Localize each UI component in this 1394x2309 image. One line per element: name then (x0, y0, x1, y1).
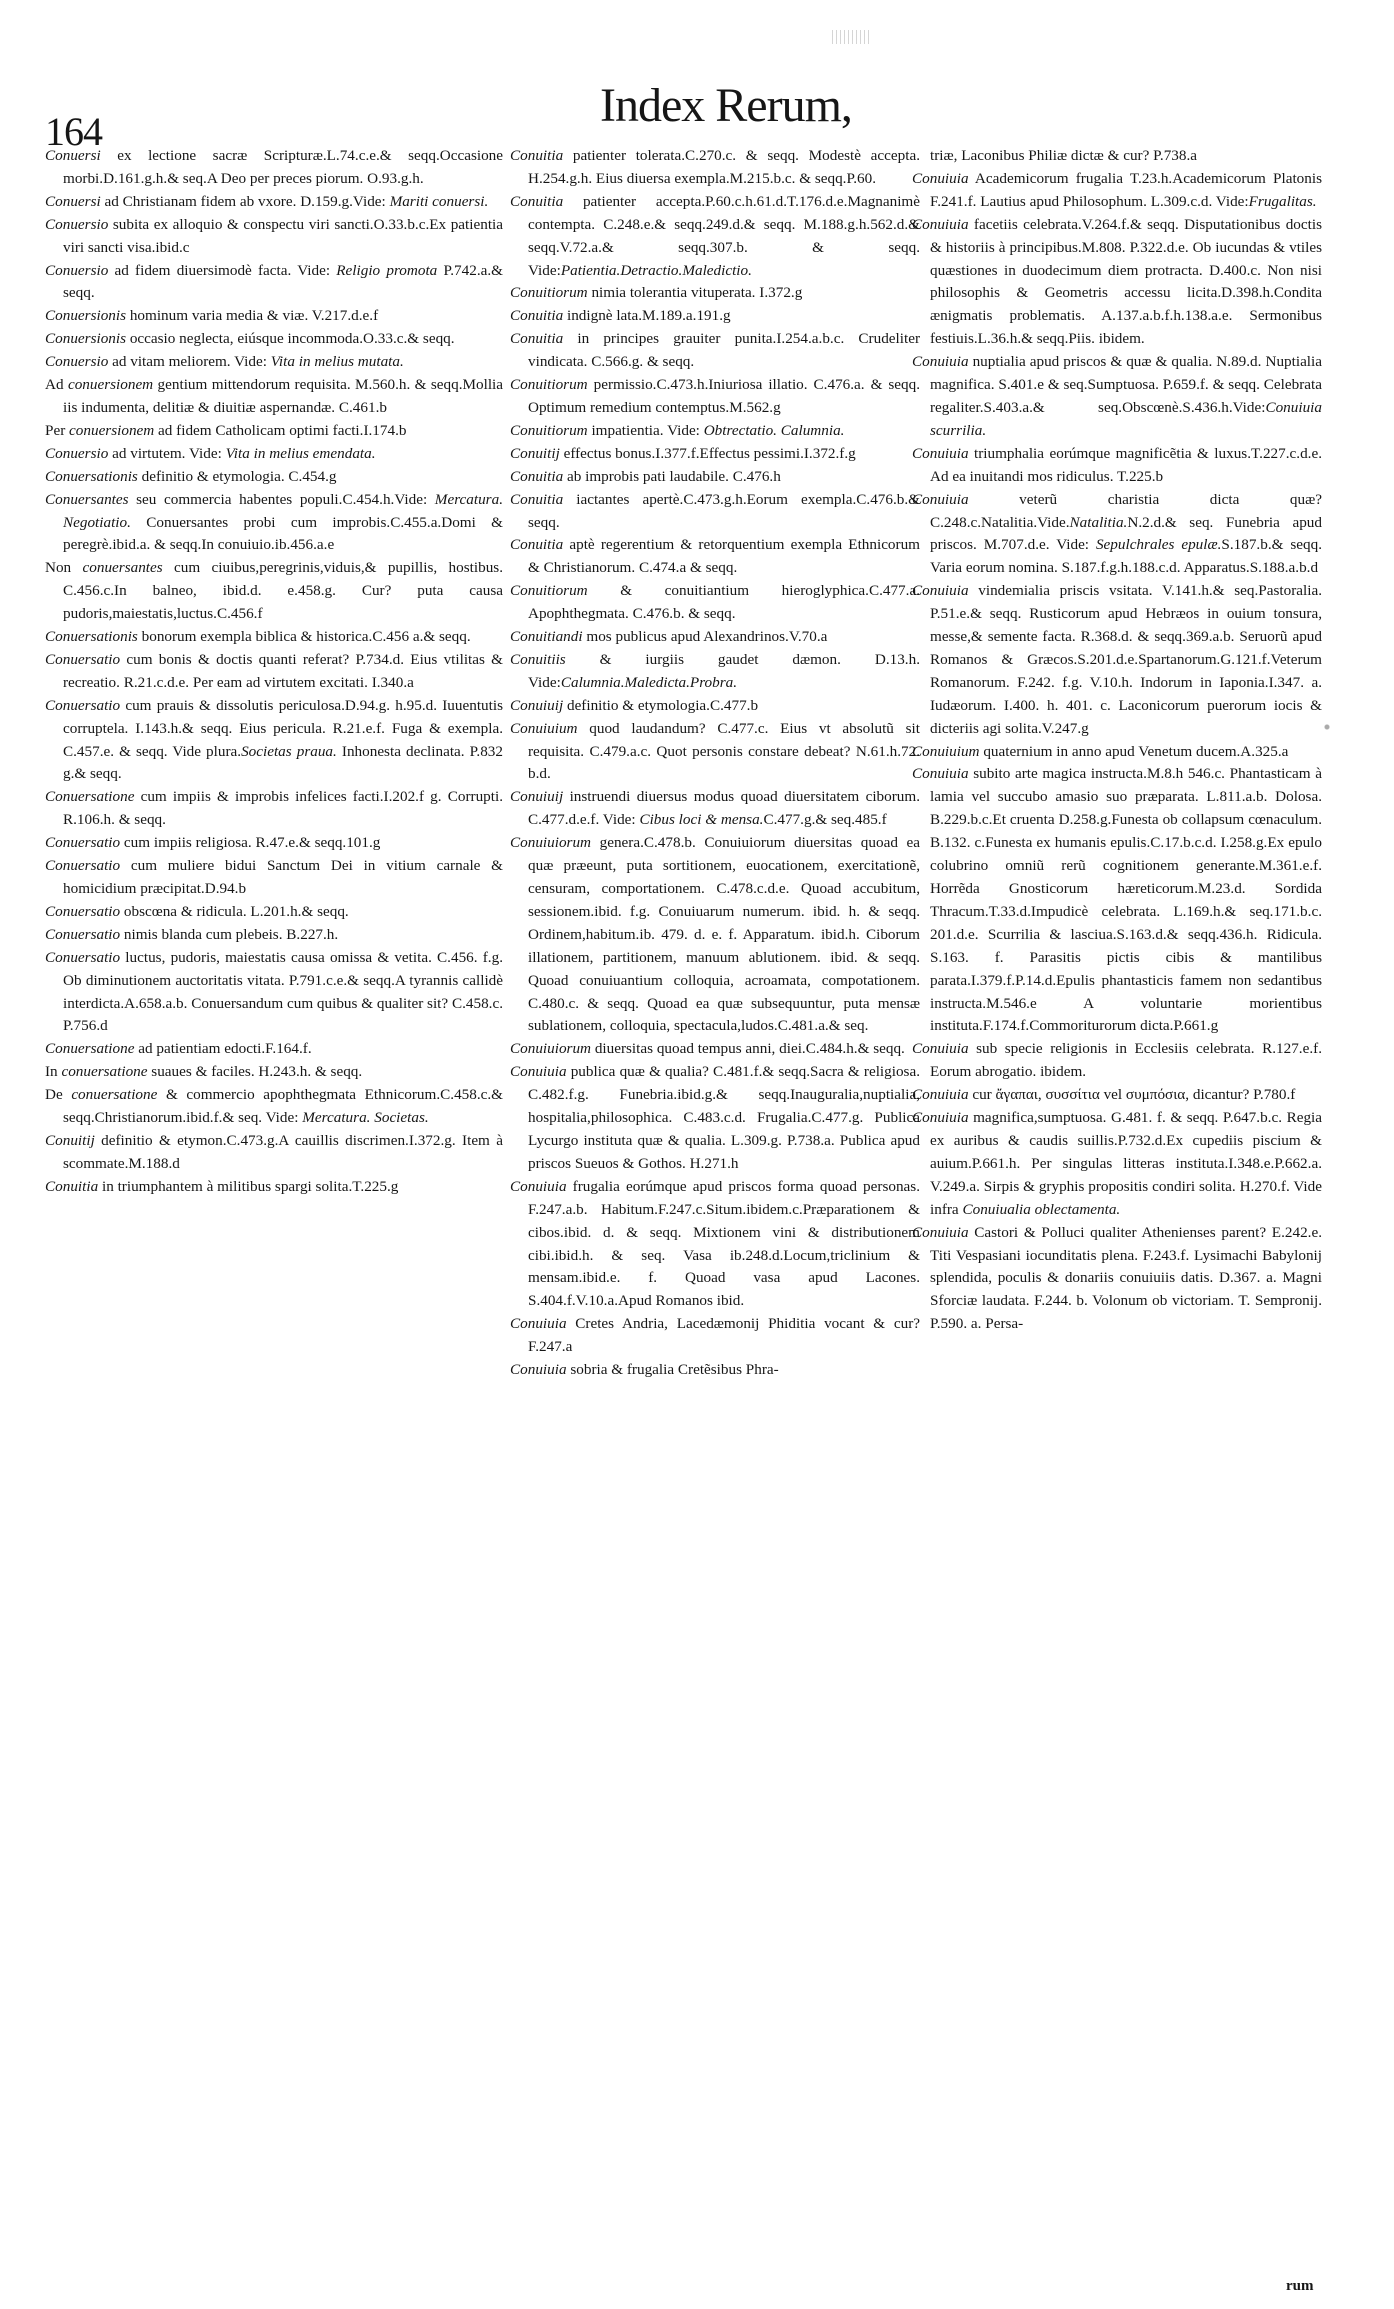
index-entry: Conuersatio cum impiis religiosa. R.47.e… (45, 832, 503, 855)
entry-text: quaternium in anno apud Venetum ducem.A.… (980, 743, 1289, 760)
entry-cross-reference: Mercatura. Societas. (302, 1109, 428, 1126)
index-entry: Conuersatio cum prauis & dissolutis peri… (45, 695, 503, 787)
index-entry: Conuiuia sub specie religionis in Eccles… (912, 1038, 1322, 1084)
index-entry: Conuitia patienter tolerata.C.270.c. & s… (510, 145, 920, 191)
index-entry: Conuiuia publica quæ & qualia? C.481.f.&… (510, 1061, 920, 1176)
entry-keyword: Conuersatio (45, 857, 120, 874)
entry-keyword: Conuitia (510, 307, 563, 324)
index-entry: Conuersatio cum muliere bidui Sanctum De… (45, 855, 503, 901)
entry-text: frugalia eorúmque apud priscos forma quo… (528, 1178, 920, 1310)
index-entry: Conuiuia Castori & Polluci qualiter Athe… (912, 1222, 1322, 1337)
entry-text: nimis blanda cum plebeis. B.227.h. (120, 926, 338, 943)
catchword: rum (1286, 2278, 1314, 2295)
entry-keyword: Conuiuia (510, 1178, 567, 1195)
entry-text: publica quæ & qualia? C.481.f.& seqq.Sac… (528, 1063, 920, 1172)
index-entry: Conuersio subita ex alloquio & conspectu… (45, 214, 503, 260)
index-entry: Conuitia ab improbis pati laudabile. C.4… (510, 466, 920, 489)
index-entry: Conuitia in triumphantem à militibus spa… (45, 1176, 503, 1199)
index-entry: Per conuersionem ad fidem Catholicam opt… (45, 420, 503, 443)
entry-text: subita ex alloquio & conspectu viri sanc… (63, 216, 503, 256)
entry-keyword: Conuersatio (45, 949, 120, 966)
margin-ink-mark (1322, 722, 1332, 732)
entry-keyword: Conuitij (45, 1132, 95, 1149)
entry-cross-reference: Frugalitas. (1249, 193, 1317, 210)
index-entry: Conuiuiorum genera.C.478.b. Conuiuiorum … (510, 832, 920, 1038)
entry-keyword: Conuiuia (510, 1063, 567, 1080)
entry-text: bonorum exempla biblica & historica.C.45… (138, 628, 471, 645)
entry-prefix: De (45, 1086, 71, 1103)
entry-text: ad Christianam fidem ab vxore. D.159.g.V… (101, 193, 390, 210)
entry-text: luctus, pudoris, maiestatis causa omissa… (63, 949, 503, 1035)
index-entry: Conuiuia nuptialia apud priscos & quæ & … (912, 351, 1322, 443)
index-entry: Conuitiorum permissio.C.473.h.Iniuriosa … (510, 374, 920, 420)
index-column-3: triæ, Laconibus Philiæ dictæ & cur? P.73… (912, 145, 1322, 1336)
index-entry: Conuitia aptè regerentium & retorquentiu… (510, 534, 920, 580)
entry-text: definitio & etymologia.C.477.b (563, 697, 758, 714)
entry-text: nimia tolerantia vituperata. I.372.g (588, 284, 803, 301)
entry-cross-reference: Religio promota (336, 262, 437, 279)
entry-text: obscœna & ridicula. L.201.h.& seqq. (120, 903, 349, 920)
index-entry: Conuersatione ad patientiam edocti.F.164… (45, 1038, 503, 1061)
entry-text: diuersitas quoad tempus anni, diei.C.484… (591, 1040, 905, 1057)
entry-keyword: Conuitiorum (510, 582, 588, 599)
index-entry: Conuiuia vindemialia priscis vsitata. V.… (912, 580, 1322, 740)
index-entry: Conuiuium quaternium in anno apud Venetu… (912, 741, 1322, 764)
index-entry: Conuersatione cum impiis & improbis infe… (45, 786, 503, 832)
entry-keyword: conuersatione (61, 1063, 147, 1080)
index-entry: Conuiuia triumphalia eorúmque magnificẽt… (912, 443, 1322, 489)
entry-keyword: Conuiuia (912, 765, 969, 782)
index-entry: triæ, Laconibus Philiæ dictæ & cur? P.73… (912, 145, 1322, 168)
entry-cross-reference: Patientia.Detractio.Maledictio. (561, 262, 752, 279)
entry-text: cum muliere bidui Sanctum Dei in vitium … (63, 857, 503, 897)
entry-keyword: Conuiuia (510, 1315, 567, 1332)
entry-keyword: Conuersio (45, 353, 108, 370)
index-entry: Conuersationis bonorum exempla biblica &… (45, 626, 503, 649)
entry-text: effectus bonus.I.377.f.Effectus pessimi.… (560, 445, 856, 462)
entry-keyword: Conuersionis (45, 307, 126, 324)
entry-cross-reference: Vita in melius emendata. (226, 445, 376, 462)
entry-text: permissio.C.473.h.Iniuriosa illatio. C.4… (528, 376, 920, 416)
entry-cross-reference: Mariti conuersi. (390, 193, 489, 210)
entry-keyword: Conuiuium (510, 720, 578, 737)
index-entry: Non conuersantes cum ciuibus,peregrinis,… (45, 557, 503, 626)
entry-prefix: Non (45, 559, 83, 576)
entry-text: nuptialia apud priscos & quæ & qualia. N… (930, 353, 1322, 416)
entry-keyword: Conuiuij (510, 788, 563, 805)
index-entry: Conuiuia sobria & frugalia Cretẽsibus Ph… (510, 1359, 920, 1382)
entry-keyword: Conuitia (510, 491, 563, 508)
entry-keyword: Conuiuia (912, 1086, 969, 1103)
index-entry: Conuitia iactantes apertè.C.473.g.h.Eoru… (510, 489, 920, 535)
index-column-2: Conuitia patienter tolerata.C.270.c. & s… (510, 145, 920, 1382)
entry-text: mos publicus apud Alexandrinos.V.70.a (583, 628, 828, 645)
index-entry: Conuiuia Academicorum frugalia T.23.h.Ac… (912, 168, 1322, 214)
entry-keyword: Conuersionis (45, 330, 126, 347)
entry-text: ad virtutem. Vide: (108, 445, 225, 462)
entry-text: genera.C.478.b. Conuiuiorum diuersitas q… (528, 834, 920, 1034)
index-entry: Conuiuia cur ἄγαπαι, συσσίτια vel συμπόσ… (912, 1084, 1322, 1107)
entry-text: Cretes Andria, Lacedæmonij Phiditia voca… (528, 1315, 920, 1355)
entry-text: definitio & etymologia. C.454.g (138, 468, 337, 485)
entry-keyword: Conuiuium (912, 743, 980, 760)
entry-keyword: Conuiuia (912, 491, 969, 508)
entry-prefix: In (45, 1063, 61, 1080)
entry-cross-reference: Calumnia.Maledicta.Probra. (561, 674, 737, 691)
entry-keyword: Conuersatio (45, 834, 120, 851)
entry-keyword: Conuitia (45, 1178, 98, 1195)
ink-scribble-mark (832, 30, 872, 44)
index-entry: Conuiuia veterũ charistia dicta quæ? C.2… (912, 489, 1322, 581)
index-entry: Conuitiorum & conuitiantium hieroglyphic… (510, 580, 920, 626)
entry-keyword: Conuiuia (912, 170, 969, 187)
entry-keyword: conuersatione (71, 1086, 157, 1103)
entry-text: seu commercia habentes populi.C.454.h.Vi… (129, 491, 435, 508)
entry-keyword: Conuersationis (45, 628, 138, 645)
entry-text: ad patientiam edocti.F.164.f. (134, 1040, 311, 1057)
page-title: Index Rerum, (600, 78, 852, 133)
entry-cross-reference: Conuiualia oblectamenta. (962, 1201, 1120, 1218)
entry-keyword: Conuitia (510, 468, 563, 485)
index-entry: Conuersionis occasio neglecta, eiúsque i… (45, 328, 503, 351)
index-entry: Conuitiorum nimia tolerantia vituperata.… (510, 282, 920, 305)
index-entry: Ad conuersionem gentium mittendorum requ… (45, 374, 503, 420)
entry-text: ab improbis pati laudabile. C.476.h (563, 468, 781, 485)
entry-keyword: Conuiuij (510, 697, 563, 714)
entry-text: definitio & etymon.C.473.g.A cauillis di… (63, 1132, 503, 1172)
entry-text: cum bonis & doctis quanti referat? P.734… (63, 651, 503, 691)
index-entry: Conuersi ex lectione sacræ Scripturæ.L.7… (45, 145, 503, 191)
entry-cross-reference: Sepulchrales epulæ. (1096, 536, 1221, 553)
entry-keyword: Conuiuia (912, 1109, 969, 1126)
entry-text-tail: C.477.g.& seq.485.f (763, 811, 886, 828)
index-entry: Conuersi ad Christianam fidem ab vxore. … (45, 191, 503, 214)
index-entry: In conuersatione suaues & faciles. H.243… (45, 1061, 503, 1084)
index-entry: Conuiuij instruendi diuersus modus quoad… (510, 786, 920, 832)
entry-keyword: Conuitia (510, 147, 563, 164)
index-column-1: Conuersi ex lectione sacræ Scripturæ.L.7… (45, 145, 503, 1199)
entry-keyword: Conuersatio (45, 697, 120, 714)
index-entry: Conuiuia magnifica,sumptuosa. G.481. f. … (912, 1107, 1322, 1222)
entry-keyword: Conuersio (45, 216, 108, 233)
index-entry: Conuersatio cum bonis & doctis quanti re… (45, 649, 503, 695)
entry-keyword: Conuiuiorum (510, 1040, 591, 1057)
index-entry: Conuersatio luctus, pudoris, maiestatis … (45, 947, 503, 1039)
entry-keyword: Conuersationis (45, 468, 138, 485)
entry-keyword: conuersionem (69, 422, 154, 439)
index-entry: De conuersatione & commercio apophthegma… (45, 1084, 503, 1130)
index-entry: Conuitij definitio & etymon.C.473.g.A ca… (45, 1130, 503, 1176)
entry-text: subito arte magica instructa.M.8.h 546.c… (930, 765, 1322, 1034)
entry-keyword: Conuitia (510, 193, 563, 210)
entry-keyword: Conuitia (510, 536, 563, 553)
entry-cross-reference: Natalitia. (1070, 514, 1128, 531)
entry-cross-reference: Obtrectatio. Calumnia. (704, 422, 845, 439)
entry-text: vindemialia priscis vsitata. V.141.h.& s… (930, 582, 1322, 736)
entry-keyword: Conuitiandi (510, 628, 583, 645)
entry-keyword: Conuitiorum (510, 284, 588, 301)
index-entry: Conuiuia frugalia eorúmque apud priscos … (510, 1176, 920, 1313)
index-entry: Conuersatio nimis blanda cum plebeis. B.… (45, 924, 503, 947)
entry-keyword: Conuitia (510, 330, 563, 347)
entry-keyword: Conuersatio (45, 903, 120, 920)
entry-text: hominum varia media & viæ. V.217.d.e.f (126, 307, 378, 324)
index-entry: Conuersationis definitio & etymologia. C… (45, 466, 503, 489)
entry-text: in principes grauiter punita.I.254.a.b.c… (528, 330, 920, 370)
entry-keyword: Conuersio (45, 262, 108, 279)
entry-keyword: Conuersio (45, 445, 108, 462)
entry-text: quod laudandum? C.477.c. Eius vt absolut… (528, 720, 920, 783)
entry-keyword: Conuersi (45, 193, 101, 210)
entry-text: facetiis celebrata.V.264.f.& seqq. Dispu… (930, 216, 1322, 348)
index-entry: Conuitiis & iurgiis gaudet dæmon. D.13.h… (510, 649, 920, 695)
index-entry: Conuersio ad fidem diuersimodè facta. Vi… (45, 260, 503, 306)
entry-prefix: Ad (45, 376, 68, 393)
entry-keyword: Conuiuia (912, 1040, 969, 1057)
entry-keyword: Conuiuiorum (510, 834, 591, 851)
entry-keyword: Conuiuia (912, 445, 969, 462)
index-entry: Conuitia in principes grauiter punita.I.… (510, 328, 920, 374)
index-entry: Conuitiorum impatientia. Vide: Obtrectat… (510, 420, 920, 443)
entry-text: triæ, Laconibus Philiæ dictæ & cur? P.73… (930, 147, 1197, 164)
entry-text: cum impiis religiosa. R.47.e.& seqq.101.… (120, 834, 380, 851)
index-entry: Conuitia indignè lata.M.189.a.191.g (510, 305, 920, 328)
entry-text: suaues & faciles. H.243.h. & seqq. (148, 1063, 363, 1080)
entry-cross-reference: Cibus loci & mensa. (639, 811, 763, 828)
index-entry: Conuersantes seu commercia habentes popu… (45, 489, 503, 558)
index-entry: Conuiuium quod laudandum? C.477.c. Eius … (510, 718, 920, 787)
index-entry: Conuitiandi mos publicus apud Alexandrin… (510, 626, 920, 649)
entry-text: in triumphantem à militibus spargi solit… (98, 1178, 398, 1195)
index-entry: Conuersio ad virtutem. Vide: Vita in mel… (45, 443, 503, 466)
entry-text: ex lectione sacræ Scripturæ.L.74.c.e.& s… (63, 147, 503, 187)
entry-text: Castori & Polluci qualiter Athenienses p… (930, 1224, 1322, 1333)
index-entry: Conuersatio obscœna & ridicula. L.201.h.… (45, 901, 503, 924)
entry-text: patienter tolerata.C.270.c. & seqq. Mode… (528, 147, 920, 187)
entry-text: iactantes apertè.C.473.g.h.Eorum exempla… (528, 491, 920, 531)
entry-keyword: Conuiuia (912, 1224, 969, 1241)
entry-keyword: Conuersatio (45, 651, 120, 668)
entry-keyword: Conuiuia (912, 216, 969, 233)
entry-text: cur ἄγαπαι, συσσίτια vel συμπόσια, dican… (969, 1086, 1296, 1103)
entry-text: ad fidem diuersimodè facta. Vide: (108, 262, 336, 279)
entry-keyword: Conuersatio (45, 926, 120, 943)
entry-text: & conuitiantium hieroglyphica.C.477.a. A… (528, 582, 920, 622)
index-entry: Conuiuia facetiis celebrata.V.264.f.& se… (912, 214, 1322, 351)
index-entry: Conuersionis hominum varia media & viæ. … (45, 305, 503, 328)
entry-keyword: Conuersi (45, 147, 101, 164)
entry-keyword: conuersionem (68, 376, 153, 393)
entry-prefix: Per (45, 422, 69, 439)
entry-cross-reference: Societas praua. (241, 743, 337, 760)
index-entry: Conuiuij definitio & etymologia.C.477.b (510, 695, 920, 718)
entry-text: ad fidem Catholicam optimi facti.I.174.b (154, 422, 406, 439)
entry-text: sobria & frugalia Cretẽsibus Phra- (567, 1361, 779, 1378)
entry-keyword: conuersantes (83, 559, 163, 576)
index-entry: Conuersio ad vitam meliorem. Vide: Vita … (45, 351, 503, 374)
index-entry: Conuiuia subito arte magica instructa.M.… (912, 763, 1322, 1038)
entry-text: indignè lata.M.189.a.191.g (563, 307, 730, 324)
entry-keyword: Conuersatione (45, 788, 134, 805)
entry-text: triumphalia eorúmque magnificẽtia & luxu… (930, 445, 1322, 485)
entry-text: sub specie religionis in Ecclesiis celeb… (930, 1040, 1322, 1080)
entry-keyword: Conuitiorum (510, 422, 588, 439)
entry-keyword: Conuitiis (510, 651, 566, 668)
entry-text: aptè regerentium & retorquentium exempla… (528, 536, 920, 576)
entry-keyword: Conuersatione (45, 1040, 134, 1057)
entry-text: ad vitam meliorem. Vide: (108, 353, 270, 370)
index-entry: Conuiuiorum diuersitas quoad tempus anni… (510, 1038, 920, 1061)
entry-keyword: Conuiuia (510, 1361, 567, 1378)
entry-keyword: Conuersantes (45, 491, 129, 508)
entry-keyword: Conuitiorum (510, 376, 588, 393)
index-entry: Conuitia patienter accepta.P.60.c.h.61.d… (510, 191, 920, 283)
entry-keyword: Conuiuia (912, 582, 969, 599)
entry-keyword: Conuiuia (912, 353, 969, 370)
entry-cross-reference: Vita in melius mutata. (271, 353, 404, 370)
index-entry: Conuiuia Cretes Andria, Lacedæmonij Phid… (510, 1313, 920, 1359)
entry-keyword: Conuitij (510, 445, 560, 462)
entry-text: occasio neglecta, eiúsque incommoda.O.33… (126, 330, 455, 347)
entry-text: impatientia. Vide: (588, 422, 704, 439)
index-entry: Conuitij effectus bonus.I.377.f.Effectus… (510, 443, 920, 466)
